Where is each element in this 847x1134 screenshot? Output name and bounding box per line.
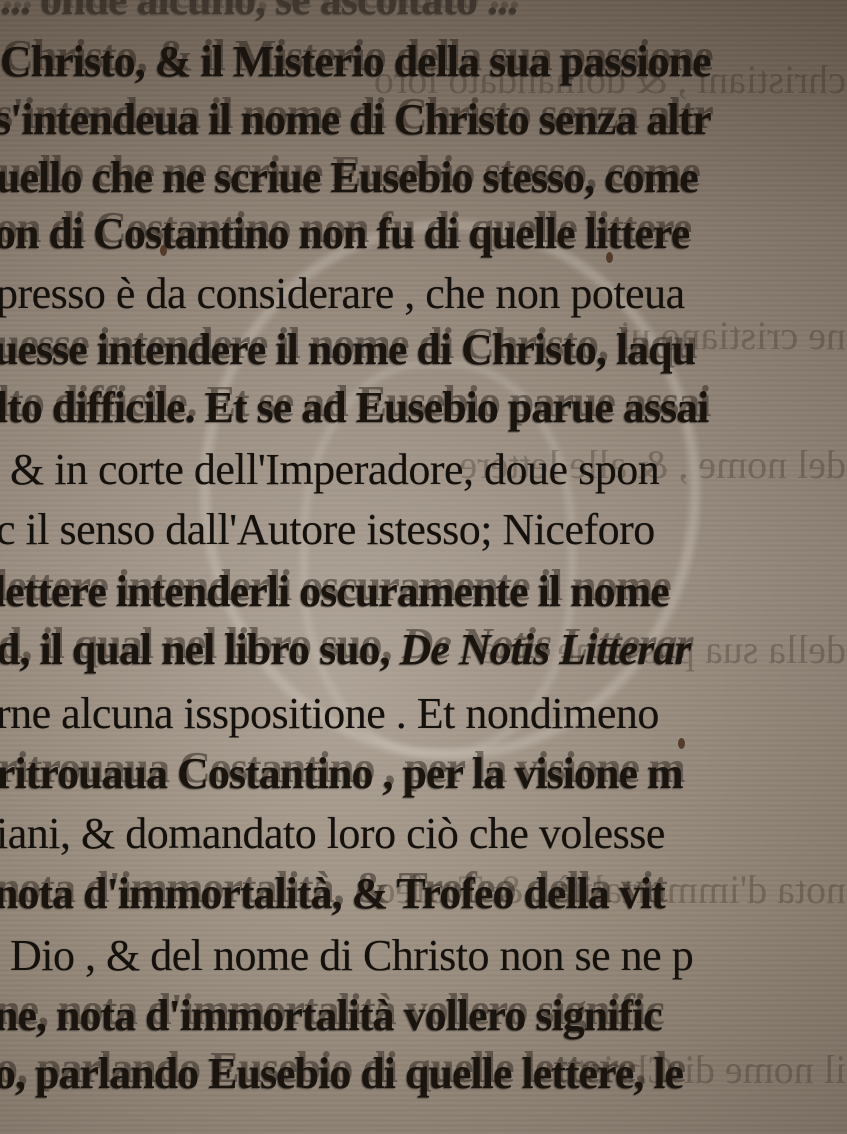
text-line: & in corte dell'Imperadore, doue spon <box>10 448 659 492</box>
text-line: o, parlando Eusebio di quelle lettere, l… <box>0 1052 683 1096</box>
text-line: uello che ne scriue Eusebio stesso, come <box>0 156 698 200</box>
foxing-spot <box>160 245 167 256</box>
text-line: lettere intenderli oscuramente il nome <box>0 570 669 614</box>
text-line: uesse intendere il nome di Christo, laqu <box>0 328 695 372</box>
italic-title: De Notis Litterar <box>400 625 691 674</box>
text-line: nota d'immortalità, & Trofeo della vit <box>0 872 665 916</box>
text-line: on di Costantino non fu di quelle litter… <box>0 212 689 256</box>
text-line: ne, nota d'immortalità vollero signific <box>0 994 662 1038</box>
text-line: d, il qual nel libro suo, De Notis Litte… <box>0 628 691 672</box>
text-line: c il senso dall'Autore istesso; Niceforo <box>0 508 655 552</box>
text-line: iani, & domandato loro ciò che volesse <box>0 812 665 856</box>
text-line: ritrouaua Costantino , per la visione m <box>0 752 683 796</box>
book-page: christiani , & domandato loro ne cristia… <box>0 0 847 1134</box>
text-line: presso è da considerare , che non poteua <box>0 272 685 316</box>
text-line: Christo, & il Misterio della sua passion… <box>0 40 711 84</box>
foxing-spot <box>678 738 685 749</box>
text-line: s'intendeua il nome di Christo senza alt… <box>0 98 711 142</box>
text-line: Dio , & del nome di Christo non se ne p <box>10 934 693 978</box>
foxing-spot <box>606 252 613 263</box>
text-line: rne alcuna isspositione . Et nondimeno <box>0 692 659 736</box>
text-segment: d, il qual nel libro suo, <box>0 625 400 674</box>
text-line: lto difficile. Et se ad Eusebio parue as… <box>0 386 708 430</box>
text-line: ... onde alcuno, se ascoltato ... <box>0 0 517 22</box>
